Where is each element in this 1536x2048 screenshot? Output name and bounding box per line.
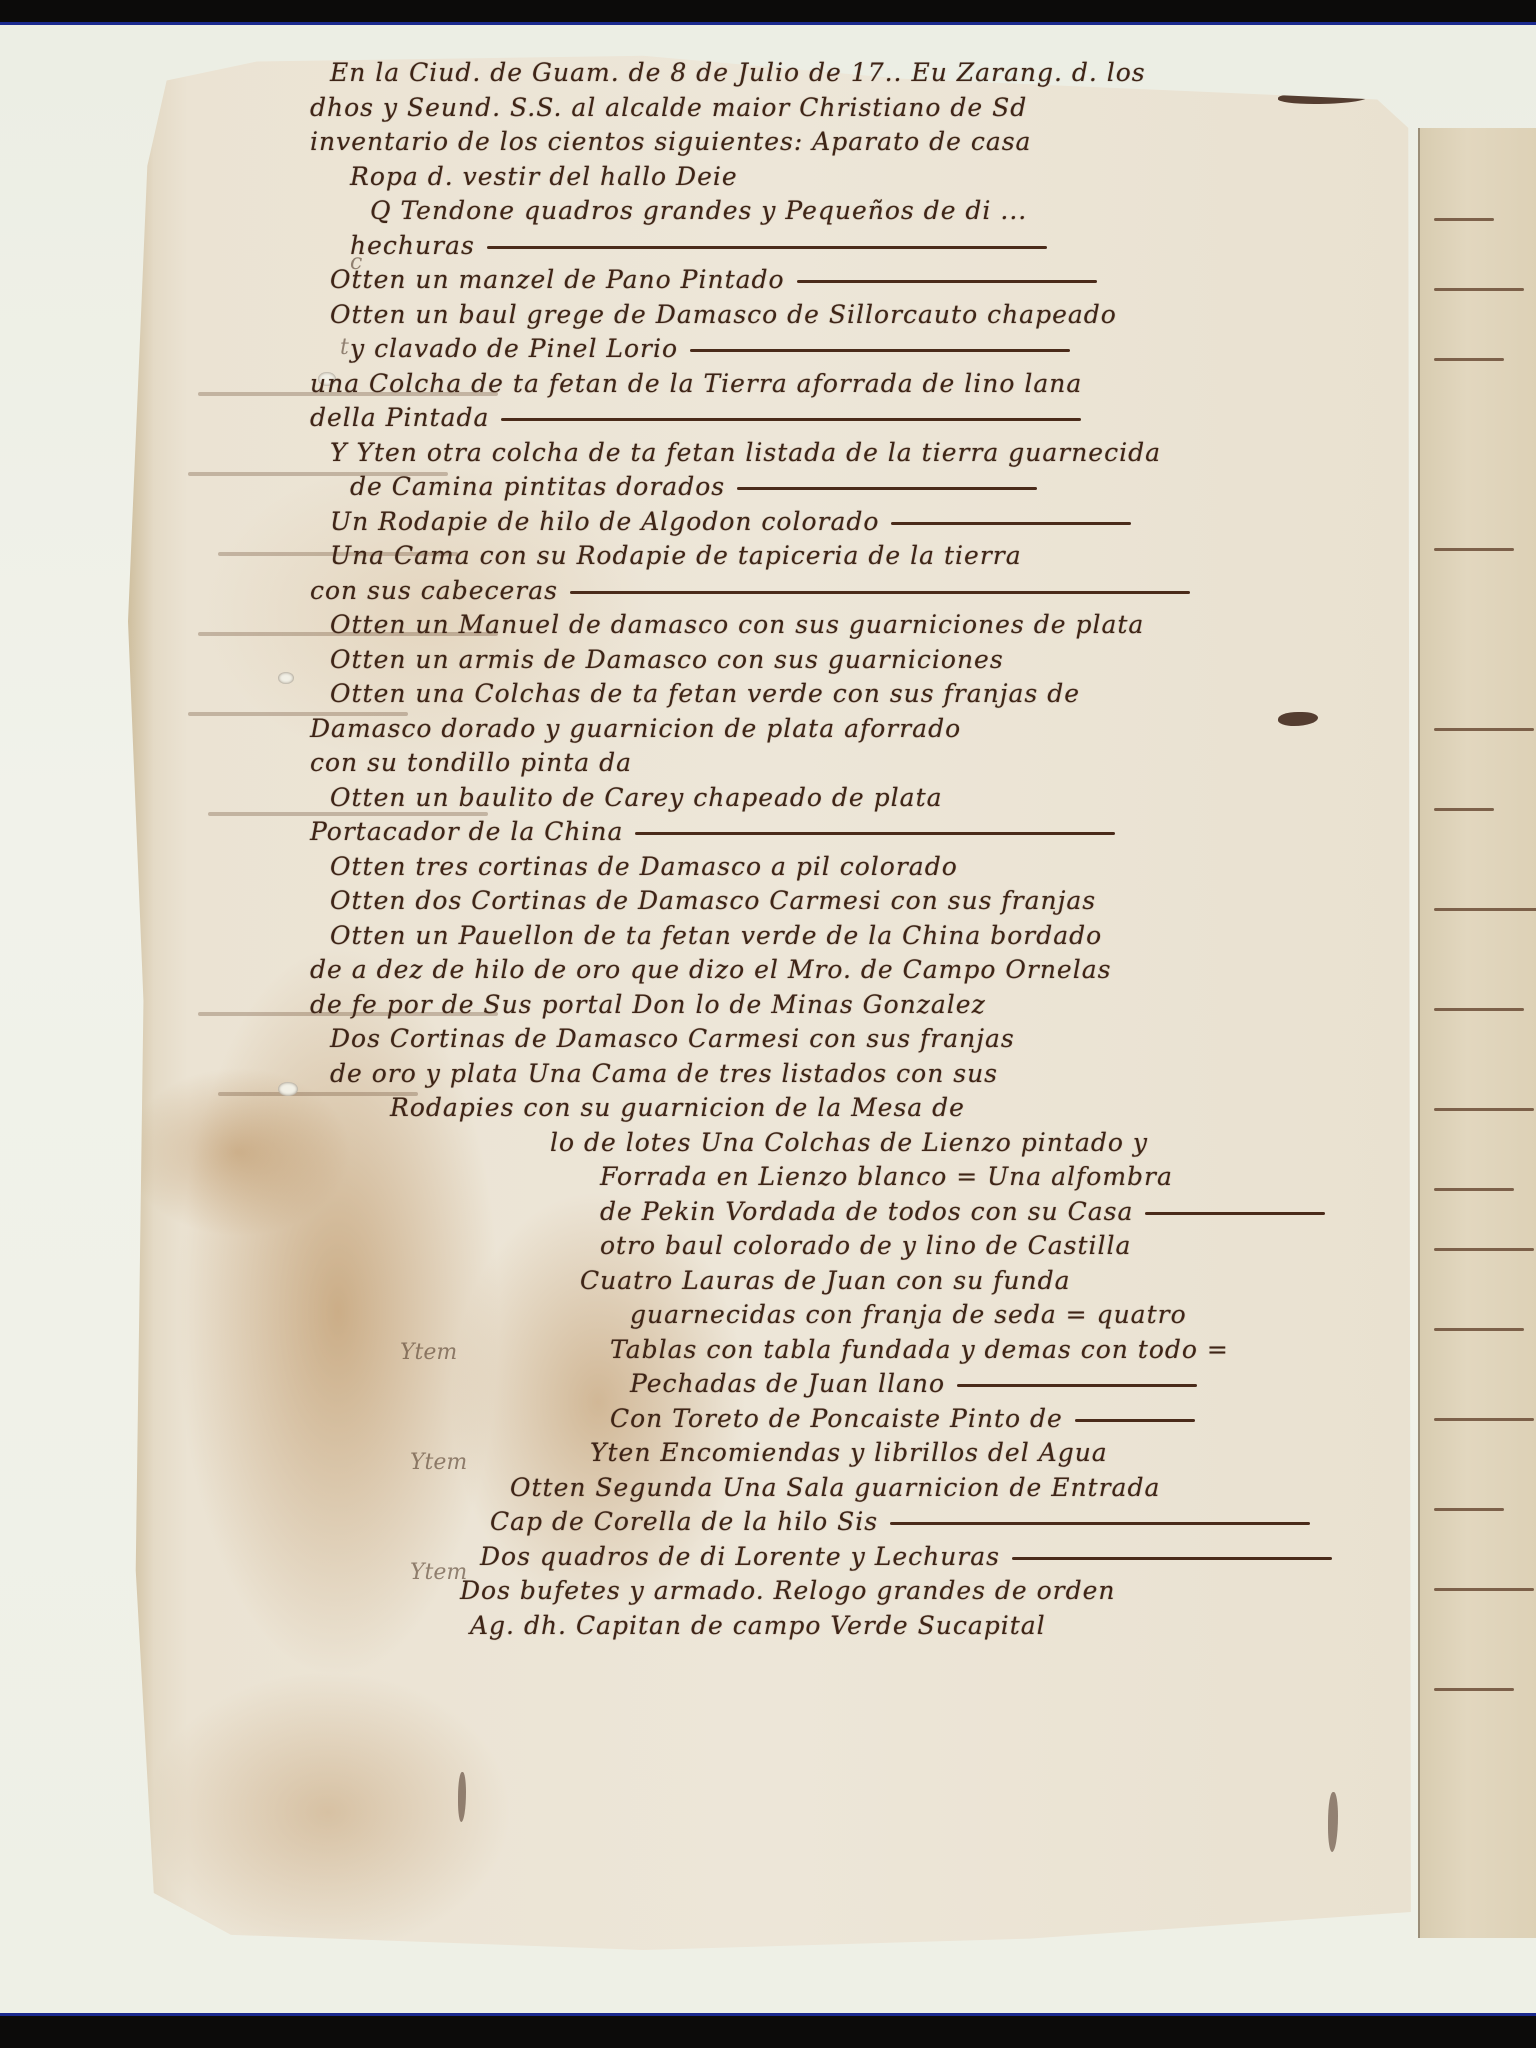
manuscript-line: de fe por de Sus portal Don lo de Minas … <box>310 990 1430 1025</box>
manuscript-line: Otten un manzel de Pano Pintado <box>310 265 1430 300</box>
manuscript-line: della Pintada <box>310 403 1430 438</box>
line-filler-rule <box>1075 1419 1195 1422</box>
line-text: inventario de los cientos siguientes: Ap… <box>310 127 1031 156</box>
manuscript-line: guarnecidas con franja de seda = quatro <box>310 1300 1430 1335</box>
line-text: Cuatro Lauras de Juan con su funda <box>580 1266 1071 1295</box>
manuscript-line: En la Ciud. de Guam. de 8 de Julio de 17… <box>310 58 1430 93</box>
line-text: Otten una Colchas de ta fetan verde con … <box>330 679 1080 708</box>
line-text: Y Yten otra colcha de ta fetan listada d… <box>330 438 1161 467</box>
line-text: dhos y Seund. S.S. al alcalde maior Chri… <box>310 93 1027 122</box>
line-filler-rule <box>487 246 1047 249</box>
manuscript-line: Dos bufetes y armado. Relogo grandes de … <box>310 1576 1430 1611</box>
line-filler-rule <box>1145 1212 1325 1215</box>
line-text: Otten un Manuel de damasco con sus guarn… <box>330 610 1144 639</box>
line-filler-rule <box>891 522 1131 525</box>
line-text: Dos quadros de di Lorente y Lechuras <box>480 1542 1000 1571</box>
line-text: Dos Cortinas de Damasco Carmesi con sus … <box>330 1024 1015 1053</box>
line-text: En la Ciud. de Guam. de 8 de Julio de 17… <box>330 58 1146 87</box>
manuscript-line: dhos y Seund. S.S. al alcalde maior Chri… <box>310 93 1430 128</box>
manuscript-line: Un Rodapie de hilo de Algodon colorado <box>310 507 1430 542</box>
line-text: Ag. dh. Capitan de campo Verde Sucapital <box>470 1611 1046 1640</box>
line-text: Pechadas de Juan llano <box>630 1369 945 1398</box>
line-text: Otten dos Cortinas de Damasco Carmesi co… <box>330 886 1096 915</box>
manuscript-line: Con Toreto de Poncaiste Pinto de <box>310 1404 1430 1439</box>
line-text: Otten un armis de Damasco con sus guarni… <box>330 645 1004 674</box>
manuscript-line: Otten un baulito de Carey chapeado de pl… <box>310 783 1430 818</box>
line-text: con sus cabeceras <box>310 576 558 605</box>
line-text: Ropa d. vestir del hallo Deie <box>350 162 738 191</box>
manuscript-line: Otten un armis de Damasco con sus guarni… <box>310 645 1430 680</box>
manuscript-line: Tablas con tabla fundada y demas con tod… <box>310 1335 1430 1370</box>
manuscript-line: Cap de Corella de la hilo Sis <box>310 1507 1430 1542</box>
line-filler-rule <box>737 487 1037 490</box>
manuscript-line: Rodapies con su guarnicion de la Mesa de <box>310 1093 1430 1128</box>
manuscript-text-block: En la Ciud. de Guam. de 8 de Julio de 17… <box>310 58 1430 1645</box>
line-text: de Camina pintitas dorados <box>350 472 725 501</box>
line-text: Damasco dorado y guarnicion de plata afo… <box>310 714 961 743</box>
line-filler-rule <box>570 591 1190 594</box>
line-text: y clavado de Pinel Lorio <box>350 334 678 363</box>
manuscript-line: hechuras <box>310 231 1430 266</box>
line-text: otro baul colorado de y lino de Castilla <box>600 1231 1131 1260</box>
line-filler-rule <box>957 1384 1197 1387</box>
manuscript-line: Dos quadros de di Lorente y Lechuras <box>310 1542 1430 1577</box>
manuscript-line: inventario de los cientos siguientes: Ap… <box>310 127 1430 162</box>
line-text: della Pintada <box>310 403 489 432</box>
line-text: Una Cama con su Rodapie de tapiceria de … <box>330 541 1022 570</box>
manuscript-line: Yten Encomiendas y librillos del Agua <box>310 1438 1430 1473</box>
manuscript-line: Dos Cortinas de Damasco Carmesi con sus … <box>310 1024 1430 1059</box>
manuscript-line: Y Yten otra colcha de ta fetan listada d… <box>310 438 1430 473</box>
manuscript-line: una Colcha de ta fetan de la Tierra afor… <box>310 369 1430 404</box>
manuscript-line: de oro y plata Una Cama de tres listados… <box>310 1059 1430 1094</box>
manuscript-line: Ag. dh. Capitan de campo Verde Sucapital <box>310 1611 1430 1646</box>
manuscript-line: con su tondillo pinta da <box>310 748 1430 783</box>
line-text: Otten un manzel de Pano Pintado <box>330 265 785 294</box>
line-text: Con Toreto de Poncaiste Pinto de <box>610 1404 1063 1433</box>
manuscript-line: Otten Segunda Una Sala guarnicion de Ent… <box>310 1473 1430 1508</box>
manuscript-line: Otten dos Cortinas de Damasco Carmesi co… <box>310 886 1430 921</box>
manuscript-line: lo de lotes Una Colchas de Lienzo pintad… <box>310 1128 1430 1163</box>
line-text: de fe por de Sus portal Don lo de Minas … <box>310 990 986 1019</box>
manuscript-line: de Pekin Vordada de todos con su Casa <box>310 1197 1430 1232</box>
manuscript-line: Cuatro Lauras de Juan con su funda <box>310 1266 1430 1301</box>
line-text: Tablas con tabla fundada y demas con tod… <box>610 1335 1229 1364</box>
manuscript-line: Otten un Manuel de damasco con sus guarn… <box>310 610 1430 645</box>
line-text: de oro y plata Una Cama de tres listados… <box>330 1059 998 1088</box>
line-filler-rule <box>690 349 1070 352</box>
adjacent-page-edge <box>1418 128 1536 1938</box>
line-text: Otten un Pauellon de ta fetan verde de l… <box>330 921 1102 950</box>
manuscript-line: Pechadas de Juan llano <box>310 1369 1430 1404</box>
line-text: una Colcha de ta fetan de la Tierra afor… <box>310 369 1082 398</box>
line-text: Portacador de la China <box>310 817 623 846</box>
line-text: Otten un baul grege de Damasco de Sillor… <box>330 300 1117 329</box>
manuscript-line: Portacador de la China <box>310 817 1430 852</box>
line-filler-rule <box>635 832 1115 835</box>
line-filler-rule <box>501 418 1081 421</box>
line-text: Rodapies con su guarnicion de la Mesa de <box>390 1093 965 1122</box>
manuscript-line: Ropa d. vestir del hallo Deie <box>310 162 1430 197</box>
line-text: de a dez de hilo de oro que dizo el Mro.… <box>310 955 1111 984</box>
manuscript-line: con sus cabeceras <box>310 576 1430 611</box>
manuscript-line: Damasco dorado y guarnicion de plata afo… <box>310 714 1430 749</box>
line-text: Otten Segunda Una Sala guarnicion de Ent… <box>510 1473 1160 1502</box>
line-text: Un Rodapie de hilo de Algodon colorado <box>330 507 879 536</box>
line-text: Forrada en Lienzo blanco = Una alfombra <box>600 1162 1173 1191</box>
line-text: Yten Encomiendas y librillos del Agua <box>590 1438 1108 1467</box>
manuscript-line: de Camina pintitas dorados <box>310 472 1430 507</box>
manuscript-line: Otten tres cortinas de Damasco a pil col… <box>310 852 1430 887</box>
manuscript-line: Otten un Pauellon de ta fetan verde de l… <box>310 921 1430 956</box>
line-text: Q Tendone quadros grandes y Pequeños de … <box>370 196 1027 225</box>
line-filler-rule <box>890 1522 1310 1525</box>
line-text: lo de lotes Una Colchas de Lienzo pintad… <box>550 1128 1148 1157</box>
manuscript-line: Una Cama con su Rodapie de tapiceria de … <box>310 541 1430 576</box>
line-text: Dos bufetes y armado. Relogo grandes de … <box>460 1576 1116 1605</box>
manuscript-line: Q Tendone quadros grandes y Pequeños de … <box>310 196 1430 231</box>
line-text: de Pekin Vordada de todos con su Casa <box>600 1197 1133 1226</box>
line-text: hechuras <box>350 231 475 260</box>
line-text: con su tondillo pinta da <box>310 748 632 777</box>
line-filler-rule <box>797 280 1097 283</box>
manuscript-line: Otten un baul grege de Damasco de Sillor… <box>310 300 1430 335</box>
manuscript-line: otro baul colorado de y lino de Castilla <box>310 1231 1430 1266</box>
manuscript-line: de a dez de hilo de oro que dizo el Mro.… <box>310 955 1430 990</box>
manuscript-line: Forrada en Lienzo blanco = Una alfombra <box>310 1162 1430 1197</box>
line-text: Cap de Corella de la hilo Sis <box>490 1507 878 1536</box>
manuscript-line: Otten una Colchas de ta fetan verde con … <box>310 679 1430 714</box>
line-text: guarnecidas con franja de seda = quatro <box>630 1300 1187 1329</box>
line-text: Otten tres cortinas de Damasco a pil col… <box>330 852 958 881</box>
line-text: Otten un baulito de Carey chapeado de pl… <box>330 783 943 812</box>
line-filler-rule <box>1012 1557 1332 1560</box>
manuscript-line: y clavado de Pinel Lorio <box>310 334 1430 369</box>
